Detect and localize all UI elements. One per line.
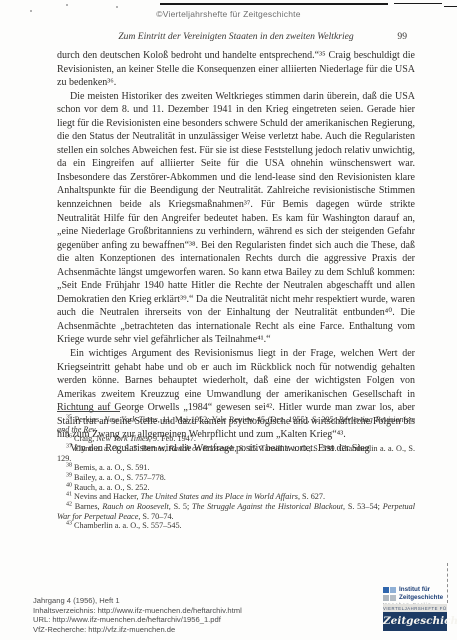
copyright-watermark: ©Vierteljahrshefte für Zeitgeschichte [0, 9, 457, 19]
ifz-logo-square-icon [390, 595, 396, 601]
running-header: Zum Eintritt der Vereinigten Staaten in … [57, 31, 415, 42]
scan-artifact-line [444, 6, 457, 7]
footnote: 40 Rauch, a. a. O., S. 252. [57, 483, 415, 493]
footnote: 39 Bailey, a. a. O., S. 757–778. [57, 473, 415, 483]
archive-footer-line: URL: http://www.ifz-muenchen.de/heftarch… [33, 615, 242, 625]
ifz-logo-square-icon [390, 587, 396, 593]
page-number: 99 [397, 31, 407, 42]
ifz-logo-row: Institut für [383, 586, 443, 593]
ifz-logo-square-icon [383, 587, 389, 593]
body-paragraph: durch den deutschen Koloß bedroht und ha… [57, 49, 415, 90]
footnotes-block: 35 Perkins, New York Times, 11. Mai 1952… [57, 415, 415, 531]
vfz-logo-overline: VIERTELJAHRSHEFTE FÜR [383, 604, 447, 612]
footnote: 43 Chamberlin a. a. O., S. 557–545. [57, 521, 415, 531]
footnote: 37 Flynn a. a. O., S. 5. Barnes, Rauch o… [57, 444, 415, 463]
footnote: 35 Perkins, New York Times, 11. Mai 1952… [57, 415, 415, 434]
footnote-rule [57, 411, 120, 412]
ifz-logo-line1: Institut für [399, 586, 430, 593]
archive-footer-line: Jahrgang 4 (1956), Heft 1 [33, 596, 242, 606]
ifz-logo-row: Zeitgeschichte [383, 594, 443, 601]
archive-footer-line: VfZ-Recherche: http://vfz.ifz-muenchen.d… [33, 625, 242, 635]
scan-artifact-dashed-line [447, 563, 448, 603]
scan-artifact-line [394, 3, 442, 4]
body-paragraph: Die meisten Historiker des zweiten Weltk… [57, 90, 415, 347]
scanned-journal-page: ©Vierteljahrshefte für Zeitgeschichte Zu… [0, 0, 457, 640]
scan-speck [66, 4, 68, 6]
archive-footer-line: Inhaltsverzeichnis: http://www.ifz-muenc… [33, 606, 242, 616]
article-body: durch den deutschen Koloß bedroht und ha… [57, 49, 415, 455]
ifz-logo-line2: Zeitgeschichte [399, 594, 443, 601]
scan-artifact-line [160, 3, 388, 5]
footnote: 41 Nevins and Hacker, The United States … [57, 492, 415, 502]
ifz-logo-square-icon [383, 595, 389, 601]
footnote: 42 Barnes, Rauch on Roosevelt, S. 5; The… [57, 502, 415, 521]
footnote: 38 Bemis, a. a. O., S. 591. [57, 463, 415, 473]
running-title: Zum Eintritt der Vereinigten Staaten in … [118, 31, 353, 42]
archive-footer: Jahrgang 4 (1956), Heft 1Inhaltsverzeich… [33, 596, 242, 634]
vfz-logo-title: Zeitgeschichte [383, 612, 447, 631]
footnote: 36 Craig, New York Times, 9. Feb. 1947. [57, 434, 415, 444]
vfz-journal-logo: VIERTELJAHRSHEFTE FÜR Zeitgeschichte [383, 604, 447, 631]
scan-speck [116, 6, 118, 8]
